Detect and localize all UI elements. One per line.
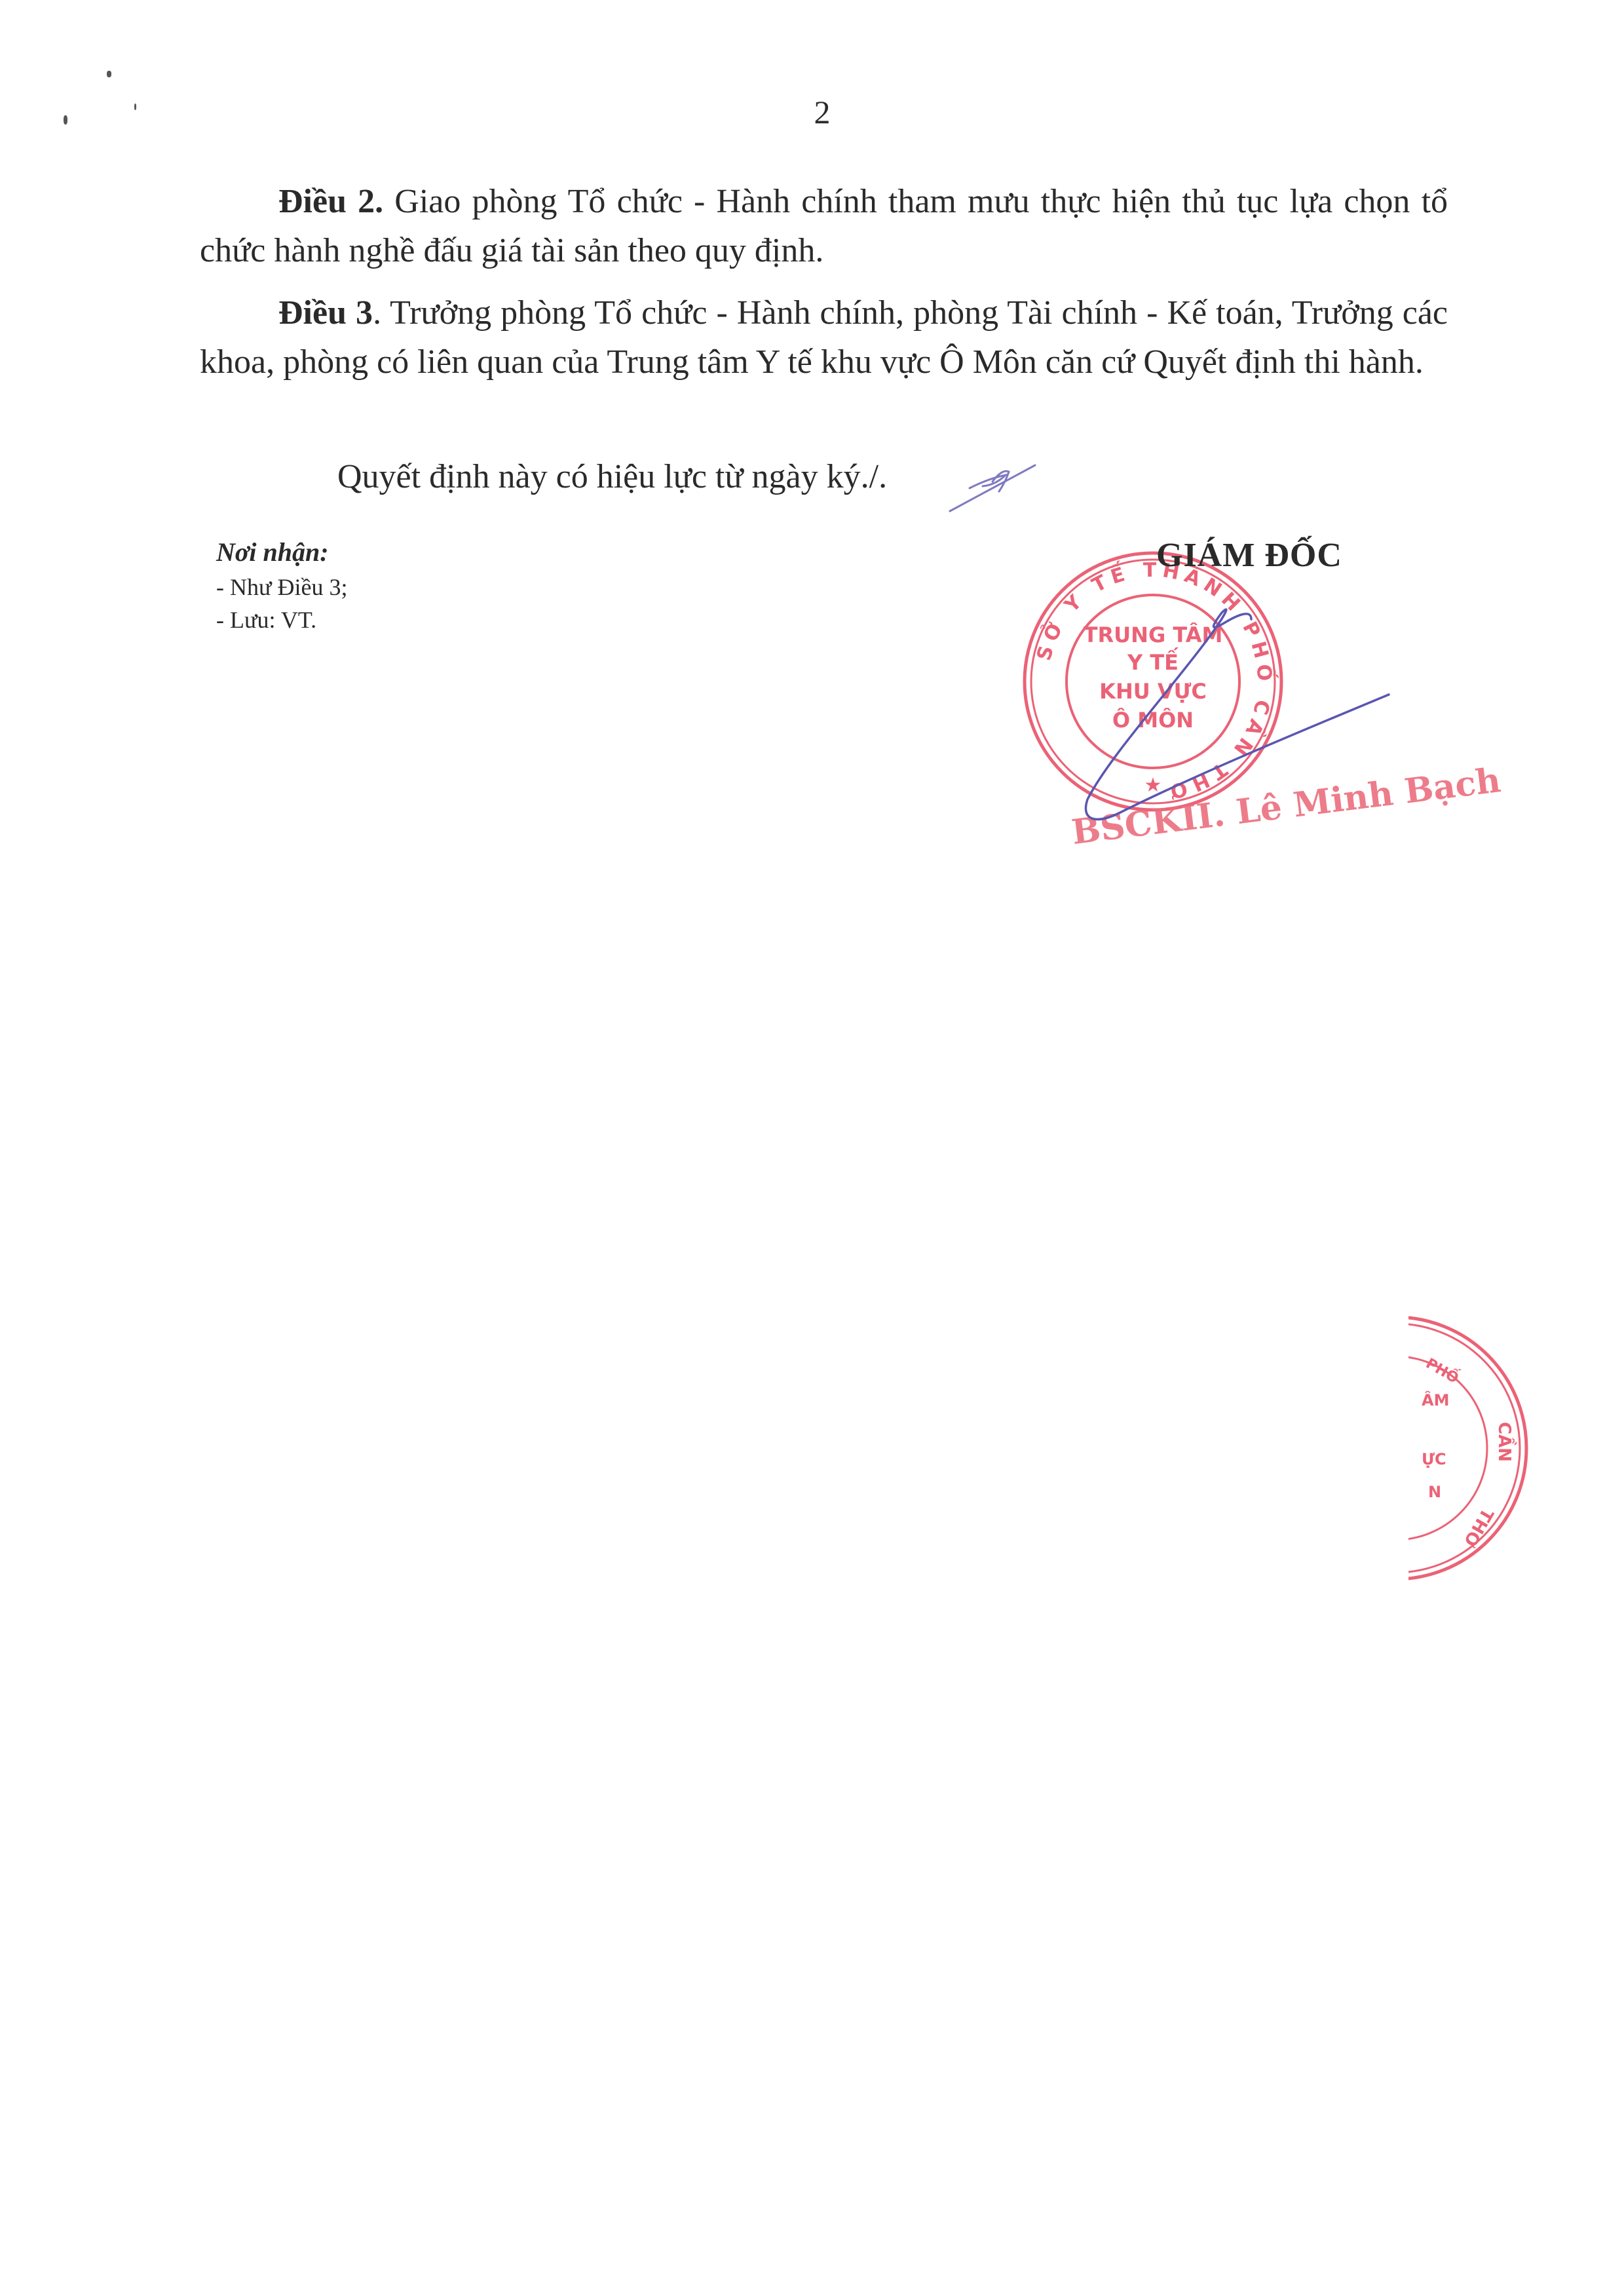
page-number: 2: [786, 93, 858, 131]
document-page: 2 Điều 2. Giao phòng Tổ chức - Hành chín…: [0, 0, 1624, 2296]
recipient-item: - Lưu: VT.: [216, 603, 347, 636]
scan-artifact: [64, 115, 67, 124]
effective-clause: Quyết định này có hiệu lực từ ngày ký./.: [337, 452, 887, 501]
article-2-label: Điều 2.: [278, 183, 383, 220]
partial-seal-icon: PHỐ ÂM ỰC N CẦN THƠ: [1408, 1311, 1539, 1586]
article-3-text: . Trưởng phòng Tổ chức - Hành chính, phò…: [200, 294, 1448, 381]
article-3-label: Điều 3: [278, 294, 373, 332]
initial-signature-icon: [943, 446, 1042, 518]
scan-artifact: [134, 104, 136, 110]
article-2-text: Giao phòng Tổ chức - Hành chính tham mưu…: [200, 183, 1448, 269]
partial-seal-text: ỰC: [1422, 1450, 1446, 1468]
recipients-title: Nơi nhận:: [216, 534, 347, 571]
partial-seal-text: ÂM: [1422, 1390, 1449, 1409]
partial-seal-text: CẦN: [1494, 1422, 1517, 1462]
partial-seal-text: N: [1428, 1483, 1441, 1501]
article-3: Điều 3. Trưởng phòng Tổ chức - Hành chín…: [200, 288, 1448, 387]
scan-artifact: [107, 71, 111, 77]
recipient-item: - Như Điều 3;: [216, 571, 347, 603]
recipients-block: Nơi nhận: - Như Điều 3; - Lưu: VT.: [216, 534, 347, 636]
signature-icon: [1035, 564, 1402, 839]
article-2: Điều 2. Giao phòng Tổ chức - Hành chính …: [200, 177, 1448, 275]
partial-seal-text: PHỐ: [1423, 1353, 1463, 1387]
